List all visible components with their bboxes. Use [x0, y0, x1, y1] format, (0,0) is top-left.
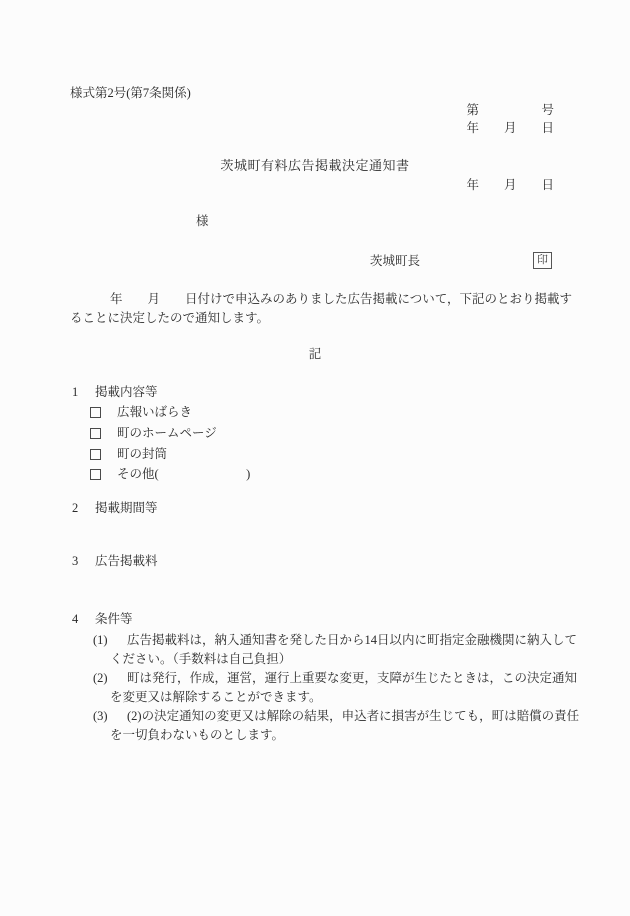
body-line-1: 年 月 日付けで申込みのありました広告掲載について，下記のとおり掲載す — [110, 289, 572, 309]
checkbox-option-1: 広報いばらき — [90, 402, 192, 422]
form-number: 様式第2号(第7条関係) — [70, 83, 191, 103]
seal-box: 印 — [533, 252, 552, 269]
condition-1-marker: (1) — [93, 631, 127, 650]
section-3-heading: 3広告掲載料 — [72, 551, 158, 571]
condition-3-marker: (3) — [93, 707, 127, 726]
condition-2-line-1: (2)町は発行，作成，運営，運行上重要な変更，支障が生じたときは，この決定通知 — [93, 669, 577, 688]
section-2-label: 掲載期間等 — [95, 501, 158, 515]
document-title: 茨城町有料広告掲載決定通知書 — [0, 156, 630, 176]
condition-3-line-1: (3)(2)の決定通知の変更又は解除の結果，申込者に損害が生じても，町は賠償の責… — [93, 707, 579, 726]
section-4-heading: 4条件等 — [72, 609, 133, 629]
checkbox-icon[interactable] — [90, 428, 101, 439]
seal-label: 印 — [537, 255, 548, 266]
option-label: 町の封筒 — [117, 444, 167, 464]
condition-1-line-2: ください。（手数料は自己負担） — [110, 650, 291, 669]
record-heading: 記 — [0, 344, 630, 364]
condition-3-text: (2)の決定通知の変更又は解除の結果，申込者に損害が生じても，町は賠償の責任 — [127, 709, 579, 723]
condition-3-line-2: を一切負わないものとします。 — [110, 726, 284, 745]
condition-2-text: 町は発行，作成，運営，運行上重要な変更，支障が生じたときは，この決定通知 — [127, 671, 577, 685]
section-1-number: 1 — [72, 382, 95, 402]
issue-date-line-2: 年 月 日 — [466, 175, 554, 195]
document-number-line: 第 号 — [466, 100, 554, 120]
section-4-number: 4 — [72, 609, 95, 629]
issue-date-line-1: 年 月 日 — [466, 118, 554, 138]
section-1-label: 掲載内容等 — [95, 385, 158, 399]
section-2-number: 2 — [72, 498, 95, 518]
section-3-label: 広告掲載料 — [95, 554, 158, 568]
condition-2-marker: (2) — [93, 669, 127, 688]
condition-2-line-2: を変更又は解除することができます。 — [110, 688, 322, 707]
checkbox-option-3: 町の封筒 — [90, 444, 167, 464]
sender-title: 茨城町長 — [370, 251, 420, 271]
checkbox-icon[interactable] — [90, 449, 101, 460]
condition-1-line-1: (1)広告掲載料は，納入通知書を発した日から14日以内に町指定金融機関に納入して — [93, 631, 577, 650]
section-4-label: 条件等 — [95, 612, 133, 626]
checkbox-option-2: 町のホームページ — [90, 423, 217, 443]
checkbox-option-4: その他( ) — [90, 464, 250, 484]
section-1-heading: 1掲載内容等 — [72, 382, 158, 402]
section-3-number: 3 — [72, 551, 95, 571]
option-label: その他( ) — [117, 464, 250, 484]
section-2-heading: 2掲載期間等 — [72, 498, 158, 518]
document-page: 様式第2号(第7条関係) 第 号 年 月 日 茨城町有料広告掲載決定通知書 年 … — [0, 0, 630, 916]
body-line-2: ることに決定したので通知します。 — [70, 308, 269, 328]
option-label: 町のホームページ — [117, 423, 217, 443]
condition-1-text: 広告掲載料は，納入通知書を発した日から14日以内に町指定金融機関に納入して — [127, 633, 577, 647]
checkbox-icon[interactable] — [90, 469, 101, 480]
checkbox-icon[interactable] — [90, 407, 101, 418]
option-label: 広報いばらき — [117, 402, 192, 422]
addressee-honorific: 様 — [196, 211, 209, 231]
